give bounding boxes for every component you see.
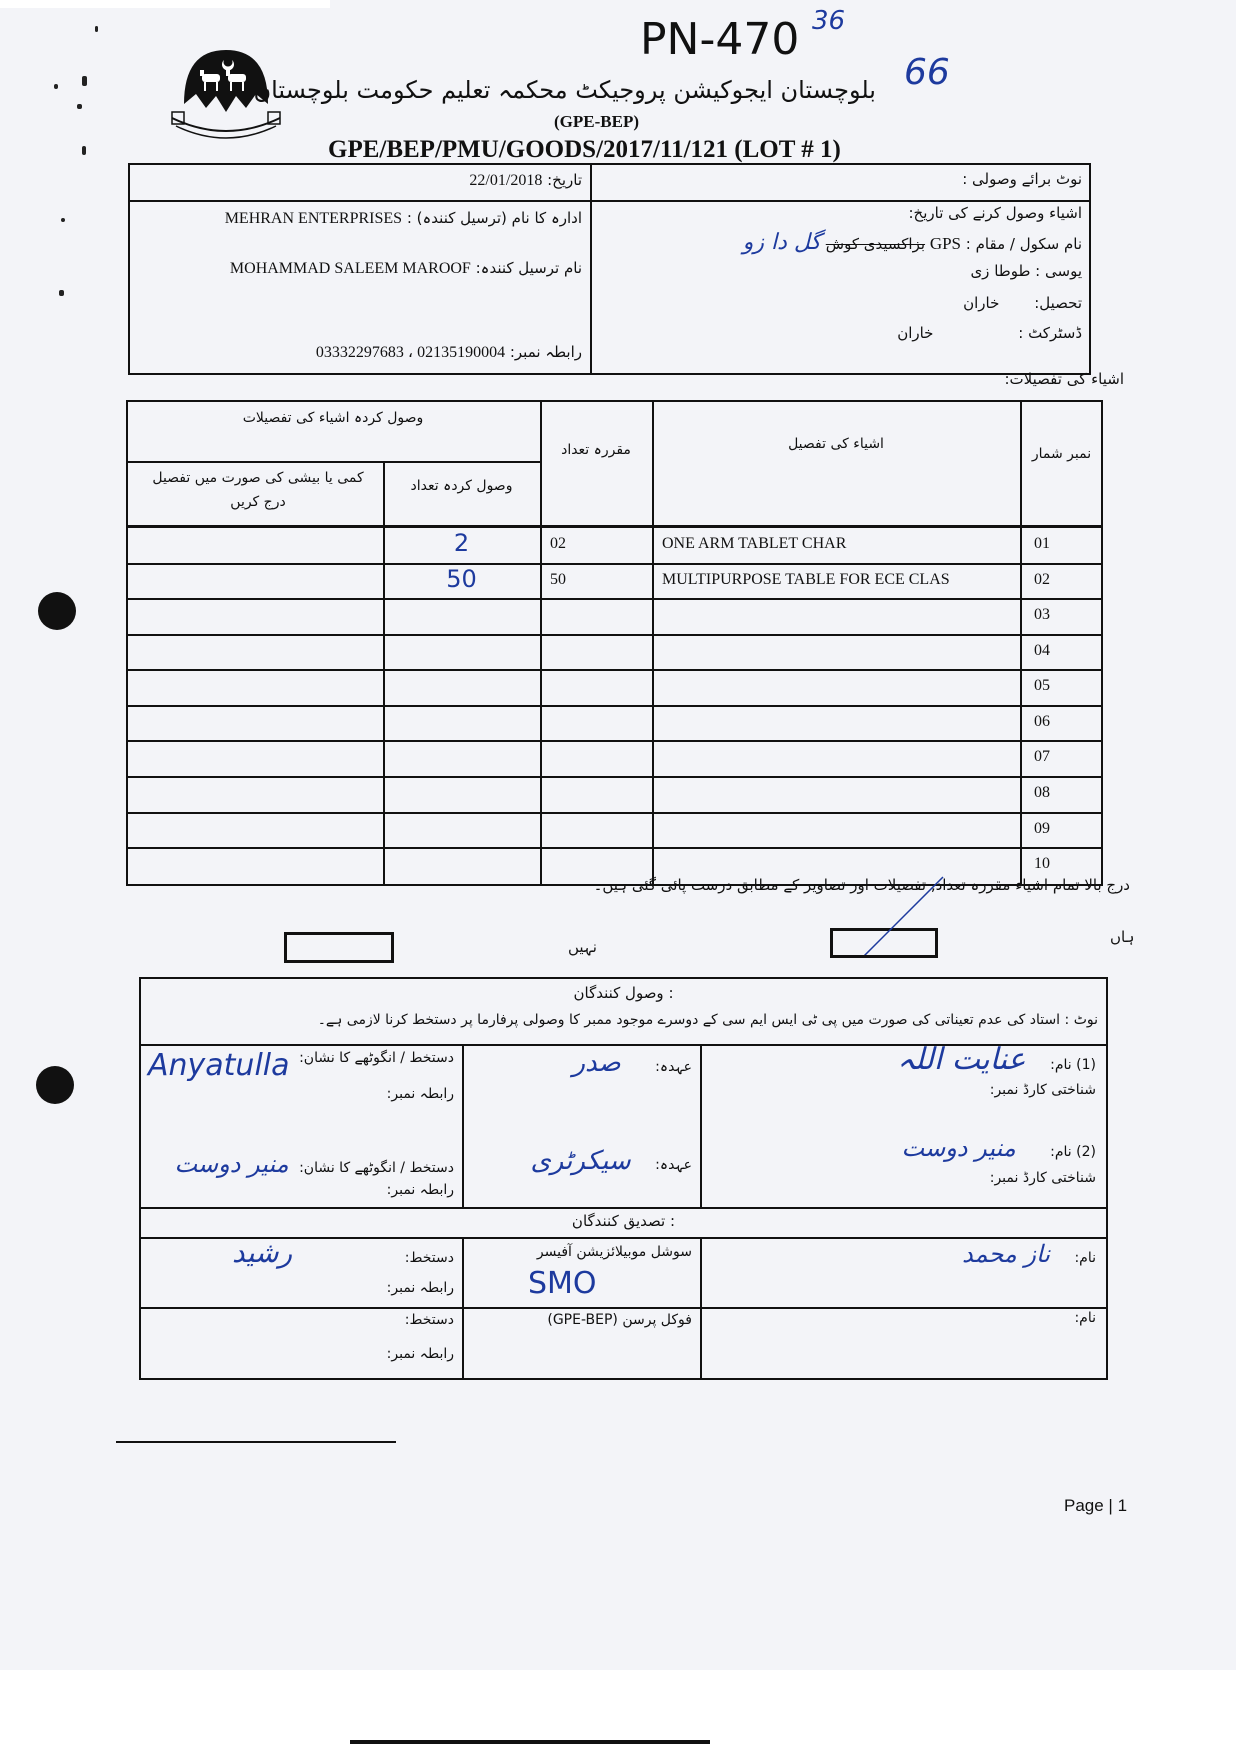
yes-label: ہاں	[1110, 928, 1134, 946]
divider	[126, 525, 1103, 528]
district-field: ڈسٹرکٹ : خاران	[600, 324, 1082, 342]
date-field: تاریخ: 22/01/2018	[136, 171, 582, 190]
divider	[126, 598, 1103, 600]
school-label: نام سکول / مقام :	[966, 235, 1082, 253]
contact-value: 02135190004 ، 03332297683	[316, 344, 505, 361]
scan-speck	[59, 290, 64, 296]
verifier-2-contact-label: رابطہ نمبر:	[146, 1346, 454, 1362]
row-serial-number: 09	[1034, 820, 1094, 838]
uc-value: طوطا زی	[970, 262, 1030, 280]
divider	[126, 634, 1103, 636]
verifier-1-role: سوشل موبیلائزیشن آفیسر	[470, 1244, 692, 1260]
verifier-1-signature: رشید	[232, 1236, 292, 1269]
school-value-handwritten: گل دا زو	[743, 230, 821, 255]
receiver-1-name-field: (1) نام: عنایت اللہ	[710, 1042, 1096, 1077]
department-title: بلوچستان ایجوکیشن پروجیکٹ محکمہ تعلیم حک…	[338, 76, 876, 104]
divider	[126, 461, 541, 463]
uc-field: یوسی : طوطا زی	[600, 262, 1082, 280]
punch-hole	[38, 592, 76, 630]
divider	[126, 705, 1103, 707]
divider	[590, 163, 592, 375]
row-serial-number: 08	[1034, 784, 1094, 802]
receivers-note: نوٹ : استاد کی عدم تعیناتی کی صورت میں پ…	[146, 1012, 1098, 1028]
column-header-serial: نمبر شمار	[1020, 446, 1103, 462]
supplier-value: MOHAMMAD SALEEM MAROOF	[230, 260, 471, 277]
row-serial-number: 10	[1034, 855, 1094, 873]
page-number: Page | 1	[1064, 1496, 1127, 1516]
receivers-title: وصول کنندگان :	[139, 984, 1108, 1002]
punch-hole	[36, 1066, 74, 1104]
verifier-1-role-handwritten: SMO	[528, 1266, 597, 1301]
tehsil-value: خاران	[963, 294, 999, 312]
receiver-1-designation-field: عہدہ: صدر	[470, 1048, 692, 1078]
receiver-2-designation-field: عہدہ: سیکرٹری	[470, 1146, 692, 1176]
column-header-description: اشیاء کی تفصیل	[652, 436, 1020, 452]
organization-value: MEHRAN ENTERPRISES	[225, 210, 402, 227]
divider	[126, 812, 1103, 814]
verifier-2-name-label: نام:	[710, 1310, 1096, 1326]
no-checkbox[interactable]	[284, 932, 394, 963]
divider	[462, 1044, 464, 1208]
row-serial-number: 05	[1034, 677, 1094, 695]
receiver-2-cnic-label: شناختی کارڈ نمبر:	[710, 1170, 1096, 1186]
verifier-2-signature-label: دستخط:	[146, 1312, 454, 1328]
scan-speck	[77, 104, 82, 109]
divider	[126, 563, 1103, 565]
receiver-2-name-value: منیر دوست	[902, 1134, 1016, 1162]
receipt-note-title: نوٹ برائے وصولی :	[600, 170, 1082, 188]
verifier-2-role: فوکل پرسن (GPE-BEP)	[470, 1312, 692, 1328]
scan-speck	[95, 26, 98, 32]
no-label: نہیں	[568, 938, 597, 956]
receiver-1-designation-value: صدر	[572, 1048, 620, 1078]
receiver-2-name-field: (2) نام: منیر دوست	[710, 1134, 1096, 1162]
school-prefix: GPS	[930, 234, 961, 253]
verifiers-title: تصدیق کنندگان :	[139, 1212, 1108, 1230]
divider	[126, 776, 1103, 778]
row-serial-number: 01	[1034, 535, 1094, 553]
row-serial-number: 04	[1034, 642, 1094, 660]
contact-field: رابطہ نمبر: 02135190004 ، 03332297683	[136, 342, 582, 362]
scan-speck	[61, 218, 65, 222]
row-received-quantity: 50	[383, 565, 540, 593]
district-value: خاران	[897, 324, 933, 342]
receiver-2-designation-value: سیکرٹری	[530, 1146, 630, 1176]
divider	[139, 1307, 1108, 1309]
divider	[126, 740, 1103, 742]
scan-edge	[350, 1740, 710, 1744]
receipt-date-label: اشیاء وصول کرنے کی تاریخ:	[600, 204, 1082, 222]
row-fixed-quantity: 50	[550, 571, 640, 589]
program-subtitle: (GPE-BEP)	[554, 112, 639, 132]
row-fixed-quantity: 02	[550, 535, 640, 553]
column-header-received-quantity: وصول کردہ تعداد	[383, 478, 540, 494]
divider	[128, 200, 1091, 202]
items-section-label: اشیاء کی تفصیلات:	[900, 370, 1124, 388]
supplier-field: نام ترسیل کنندہ: MOHAMMAD SALEEM MAROOF	[136, 259, 582, 278]
verifier-1-name-field: نام: ناز محمد	[710, 1240, 1096, 1268]
receiver-1-cnic-label: شناختی کارڈ نمبر:	[710, 1082, 1096, 1098]
column-group-received-details: وصول کردہ اشیاء کی تفصیلات	[126, 410, 540, 426]
date-value: 22/01/2018	[469, 172, 542, 189]
row-item-description: ONE ARM TABLET CHAR	[662, 535, 1012, 553]
checkmark-icon	[843, 875, 1043, 955]
row-serial-number: 02	[1034, 571, 1094, 589]
column-header-shortfall-note: کمی یا بیشی کی صورت میں تفصیل درج کریں	[140, 466, 376, 514]
row-serial-number: 07	[1034, 748, 1094, 766]
footer-rule	[116, 1441, 396, 1443]
organization-field: ادارہ کا نام (ترسیل کنندہ) : MEHRAN ENTE…	[136, 209, 582, 228]
receiver-1-name-value: عنایت اللہ	[897, 1042, 1025, 1077]
school-field: نام سکول / مقام : GPS بزاکسیدی کوش گل دا…	[600, 230, 1082, 255]
school-value-struck: بزاکسیدی کوش	[826, 235, 925, 253]
receiver-2-signature-field: دستخط / انگوٹھے کا نشان: منیر دوست	[146, 1150, 454, 1178]
handwritten-reference-annotation: PN-470	[640, 14, 799, 65]
divider	[126, 847, 1103, 849]
yes-checkbox[interactable]	[830, 928, 938, 958]
scan-edge	[0, 1670, 1236, 1744]
scan-speck	[82, 76, 87, 86]
verifier-1-contact-label: رابطہ نمبر:	[146, 1280, 454, 1296]
row-item-description: MULTIPURPOSE TABLE FOR ECE CLAS	[662, 571, 1012, 589]
row-received-quantity: 2	[383, 529, 540, 557]
scan-speck	[54, 84, 58, 89]
divider	[700, 1044, 702, 1208]
verifier-1-signature-label: دستخط:	[146, 1250, 454, 1266]
receiver-1-signature: Anyatulla	[148, 1048, 290, 1083]
receiver-1-contact-label: رابطہ نمبر:	[146, 1086, 454, 1102]
scan-edge	[0, 0, 330, 8]
verifier-1-name-value: ناز محمد	[962, 1240, 1050, 1268]
handwritten-page-number-annotation: 66	[904, 52, 950, 93]
tehsil-field: تحصیل: خاران	[600, 294, 1082, 312]
handwritten-number-annotation: 36	[812, 6, 845, 36]
receiver-2-signature: منیر دوست	[174, 1150, 288, 1178]
row-serial-number: 03	[1034, 606, 1094, 624]
receiver-2-contact-label: رابطہ نمبر:	[146, 1182, 454, 1198]
divider	[139, 1207, 1108, 1209]
column-header-fixed-quantity: مقررہ تعداد	[540, 442, 652, 458]
scan-speck	[82, 146, 86, 155]
divider	[126, 669, 1103, 671]
procurement-reference: GPE/BEP/PMU/GOODS/2017/11/121 (LOT # 1)	[328, 136, 841, 164]
row-serial-number: 06	[1034, 713, 1094, 731]
